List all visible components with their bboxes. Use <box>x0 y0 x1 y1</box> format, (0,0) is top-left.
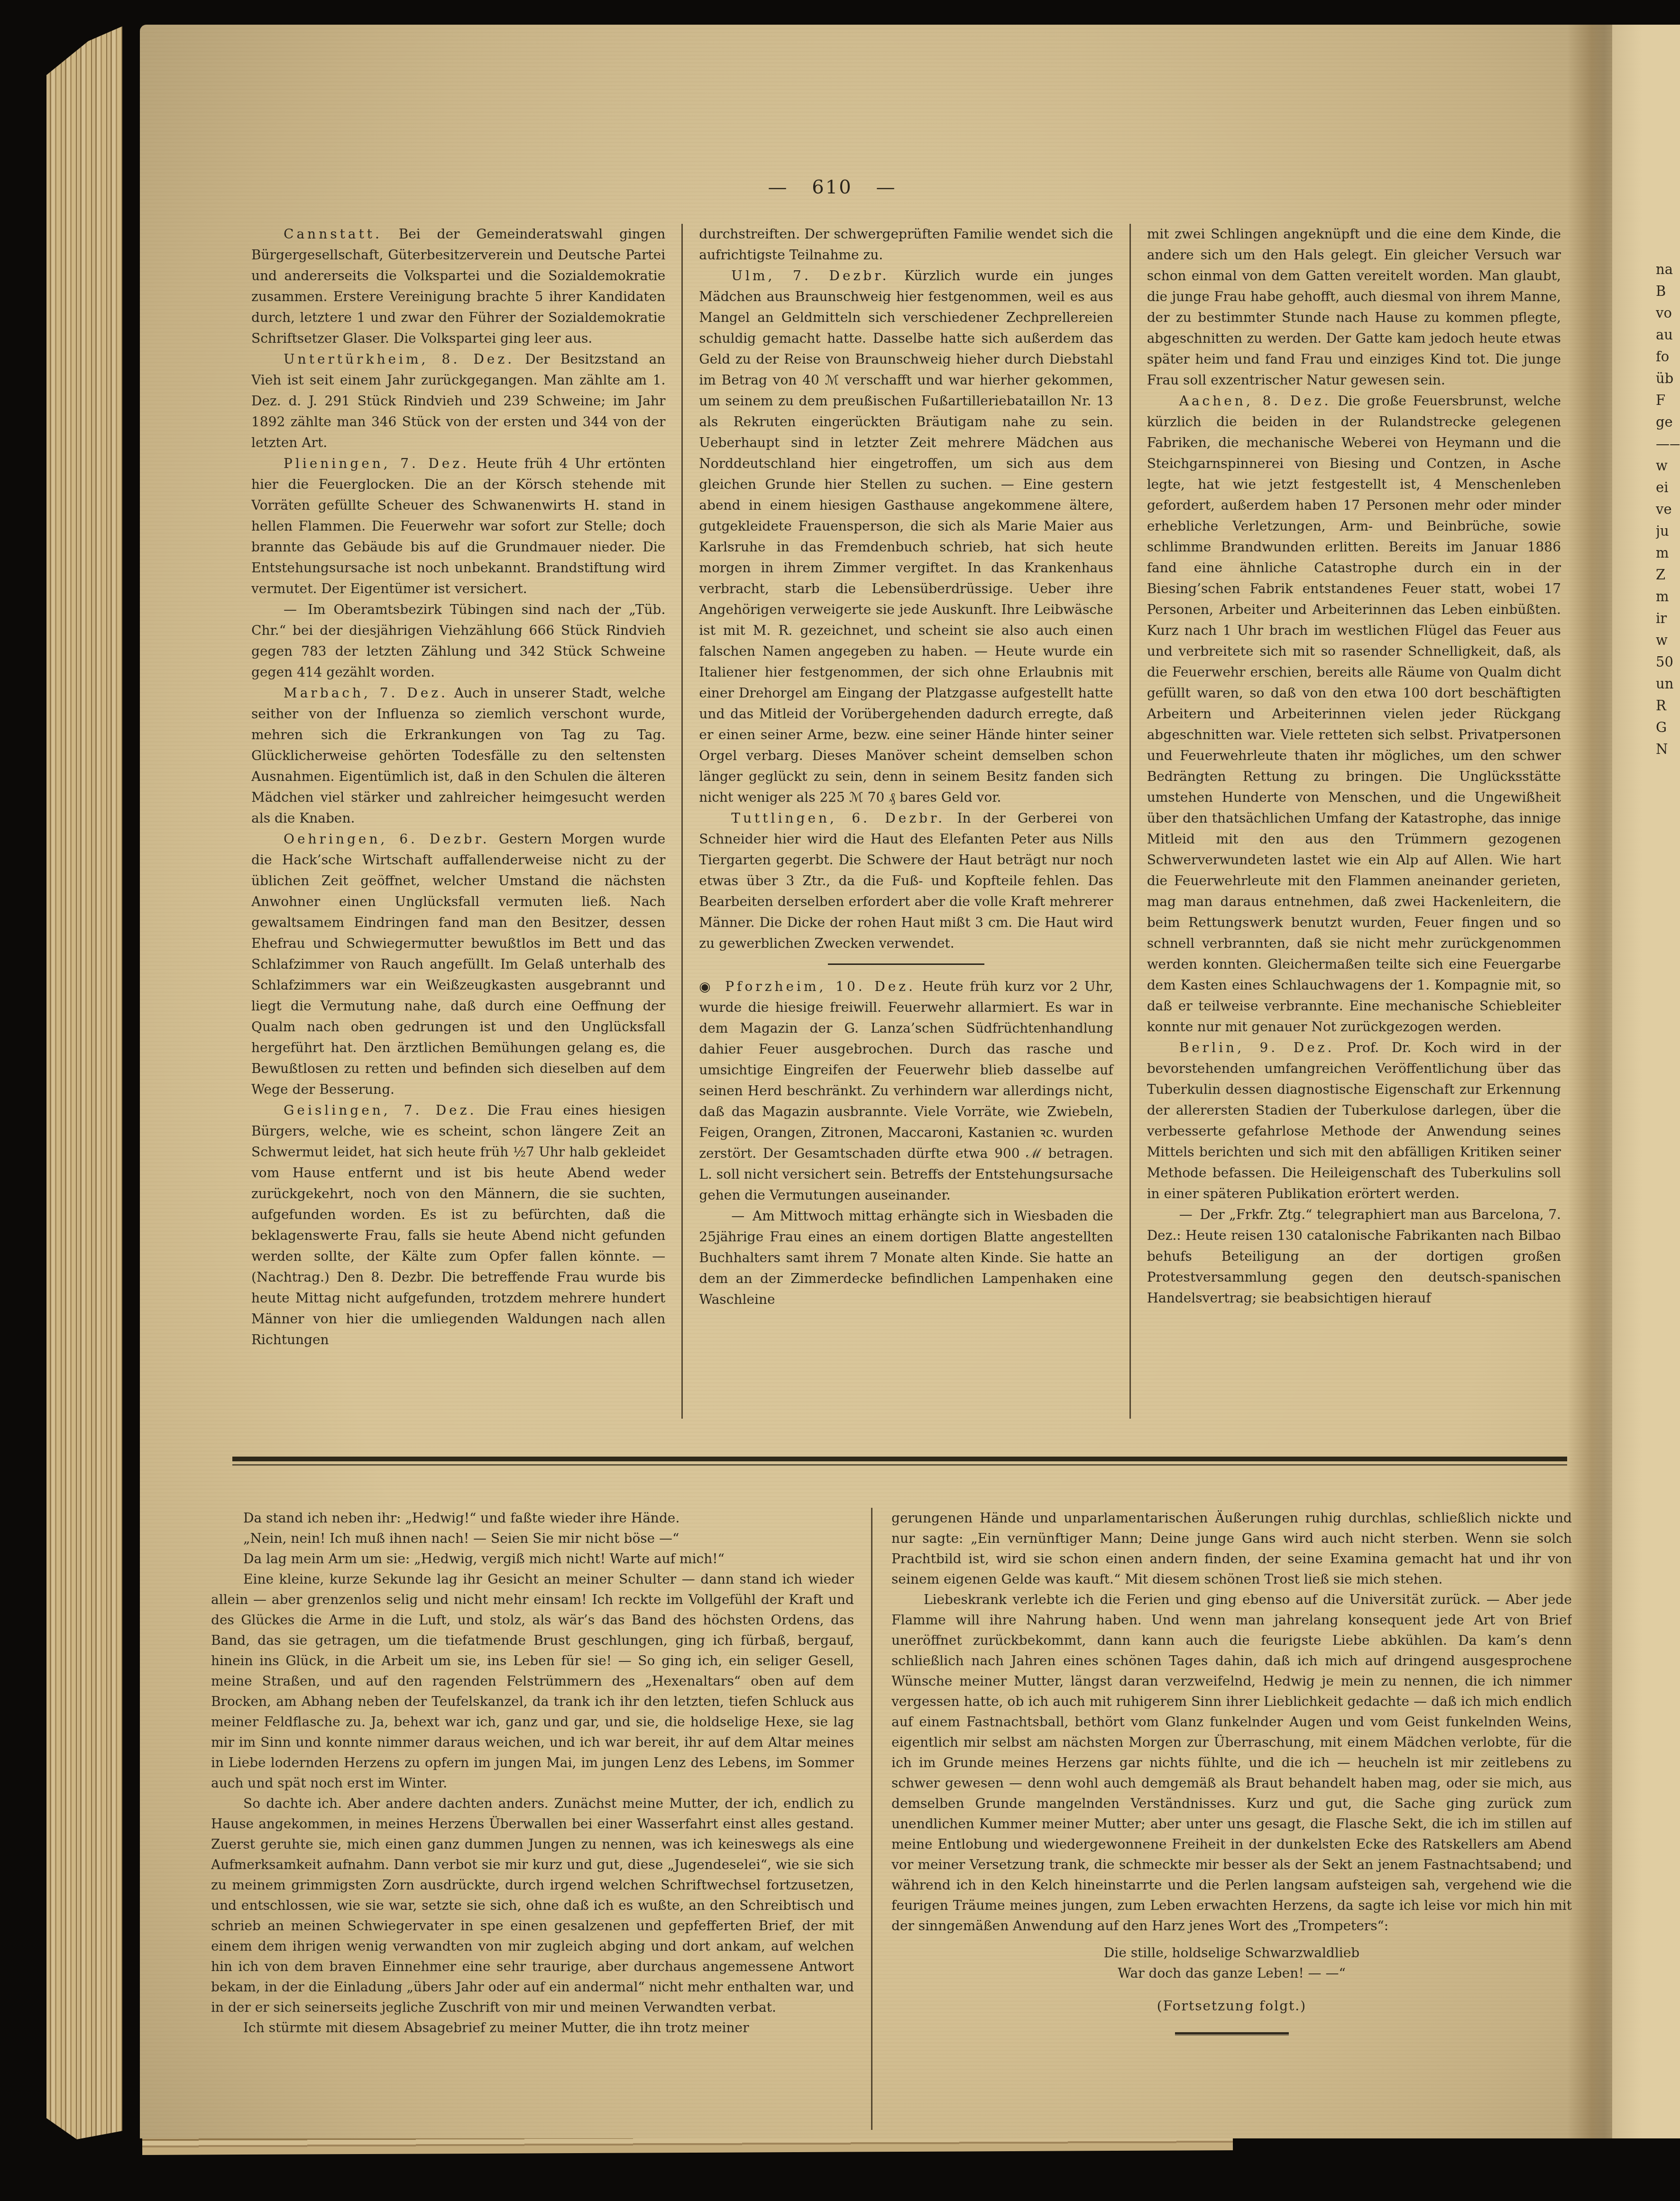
next-page-text-fragment: R <box>1656 695 1680 716</box>
paragraph-text: Prof. Dr. Koch wird in der bevorstehende… <box>1147 1040 1561 1201</box>
news-paragraph: Untertürkheim, 8. Dez.Der Besitzstand an… <box>251 349 665 453</box>
feuilleton-paragraph: Liebeskrank verlebte ich die Ferien und … <box>891 1589 1572 1936</box>
paragraph-lead: — <box>1179 1207 1200 1222</box>
paragraph-lead: — <box>284 602 308 617</box>
next-page-text-fragment: au <box>1656 324 1680 346</box>
continuation-notice: (Fortsetzung folgt.) <box>891 1996 1572 2016</box>
news-paragraph: Plieningen, 7. Dez.Heute früh 4 Uhr ertö… <box>251 453 665 599</box>
paragraph-text: gerungenen Hände und unparlamentarischen… <box>891 1510 1572 1587</box>
paragraph-text: Da lag mein Arm um sie: „Hedwig, vergiß … <box>243 1551 725 1567</box>
next-page-text-fragment: üb <box>1656 367 1680 389</box>
news-paragraph: Tuttlingen, 6. Dezbr.In der Gerberei von… <box>699 808 1113 954</box>
separator-thick-line <box>232 1457 1567 1461</box>
next-page-text-fragment: ge <box>1656 411 1680 433</box>
page-number: — 610 — <box>699 176 965 198</box>
feuilleton-paragraph: Da stand ich neben ihr: „Hedwig!“ und fa… <box>211 1508 854 1528</box>
paragraph-text: So dachte ich. Aber andere dachten ander… <box>211 1796 854 2015</box>
next-page-text-fragment: m <box>1656 542 1680 564</box>
paragraph-lead: Tuttlingen, 6. Dezbr. <box>731 810 957 826</box>
end-rule <box>1175 2032 1289 2034</box>
separator-thin-line <box>232 1464 1567 1466</box>
next-page-text-fragment: un <box>1656 673 1680 695</box>
news-column-2: durchstreiften. Der schwergeprüften Fami… <box>683 224 1129 1419</box>
next-page-text-fragment: B <box>1656 280 1680 302</box>
next-page-text-fragment: 50 <box>1656 651 1680 673</box>
paragraph-lead: Geislingen, 7. Dez. <box>284 1102 487 1118</box>
paragraph-lead: Marbach, 7. Dez. <box>284 685 454 701</box>
paragraph-lead: Cannstatt. <box>284 226 399 242</box>
next-page-text-fragment: ei <box>1656 477 1680 498</box>
next-page-text-fragment: na <box>1656 258 1680 280</box>
feuilleton-paragraph: So dachte ich. Aber andere dachten ander… <box>211 1793 854 2018</box>
next-page-text-fragment: —— <box>1656 433 1680 455</box>
news-paragraph: Berlin, 9. Dez.Prof. Dr. Koch wird in de… <box>1147 1037 1561 1204</box>
paragraph-text: Die Frau eines hiesigen Bürgers, welche,… <box>251 1102 665 1348</box>
paragraph-text: durchstreiften. Der schwergeprüften Fami… <box>699 226 1113 263</box>
paragraph-text: Auch in unserer Stadt, welche seither vo… <box>251 685 665 826</box>
feuilleton-right-paragraphs: gerungenen Hände und unparlamentarischen… <box>891 1508 1572 1936</box>
next-page-text-fragment: fo <box>1656 346 1680 367</box>
next-page-text-fragment: Z <box>1656 564 1680 586</box>
news-paragraph: Cannstatt.Bei der Gemeinderatswahl ginge… <box>251 224 665 349</box>
paragraph-lead: — <box>731 1208 753 1224</box>
paragraph-text: Liebeskrank verlebte ich die Ferien und … <box>891 1592 1572 1934</box>
verse-line: War doch das ganze Leben! — —“ <box>891 1963 1572 1983</box>
section-separator-rule <box>232 1457 1567 1466</box>
news-paragraph: Geislingen, 7. Dez.Die Frau eines hiesig… <box>251 1100 665 1350</box>
news-paragraph: —Am Mittwoch mittag erhängte sich in Wie… <box>699 1206 1113 1310</box>
next-page-text-fragment: ve <box>1656 498 1680 520</box>
feuilleton-paragraph: Eine kleine, kurze Sekunde lag ihr Gesic… <box>211 1569 854 1793</box>
next-page-text-fragments: naBvoaufoübFge——weivejumZmirw50unRGN <box>1656 258 1680 760</box>
next-page-text-fragment: vo <box>1656 302 1680 324</box>
paragraph-text: Ich stürmte mit diesem Absagebrief zu me… <box>243 2020 749 2036</box>
news-paragraph: mit zwei Schlingen angeknüpft und die ei… <box>1147 224 1561 391</box>
paragraph-lead: Berlin, 9. Dez. <box>1179 1040 1347 1055</box>
paragraph-text: Heute früh kurz vor 2 Uhr, wurde die hie… <box>699 979 1113 1203</box>
news-paragraph: ◉ Pforzheim, 10. Dez.Heute früh kurz vor… <box>699 963 1113 1206</box>
paragraph-text: Im Oberamtsbezirk Tübingen sind nach der… <box>251 602 665 680</box>
paragraph-lead: Oehringen, 6. Dezbr. <box>284 831 499 847</box>
feuilleton-paragraph: „Nein, nein! Ich muß ihnen nach! — Seien… <box>211 1528 854 1549</box>
paragraph-text: Da stand ich neben ihr: „Hedwig!“ und fa… <box>243 1510 679 1526</box>
news-paragraph: —Im Oberamtsbezirk Tübingen sind nach de… <box>251 599 665 683</box>
paragraph-text: Eine kleine, kurze Sekunde lag ihr Gesic… <box>211 1571 854 1791</box>
paragraph-text: Gestern Morgen wurde die Hack’sche Wirts… <box>251 831 665 1097</box>
next-page-text-fragment: ju <box>1656 520 1680 542</box>
next-page-text-fragment: w <box>1656 629 1680 651</box>
news-section: Cannstatt.Bei der Gemeinderatswahl ginge… <box>251 224 1561 1419</box>
paragraph-lead: Ulm, 7. Dezbr. <box>731 268 904 284</box>
news-paragraph: Ulm, 7. Dezbr.Kürzlich wurde ein junges … <box>699 266 1113 808</box>
verse-line: Die stille, holdselige Schwarzwaldlieb <box>891 1943 1572 1963</box>
paragraph-text: Heute früh 4 Uhr ertönten hier die Feuer… <box>251 456 665 596</box>
feuilleton-paragraph: gerungenen Hände und unparlamentarischen… <box>891 1508 1572 1589</box>
news-paragraph: Aachen, 8. Dez.Die große Feuersbrunst, w… <box>1147 391 1561 1037</box>
news-paragraph: —Der „Frkfr. Ztg.“ telegraphiert man aus… <box>1147 1204 1561 1309</box>
paragraph-text: Die große Feuersbrunst, welche kürzlich … <box>1147 393 1561 1035</box>
paragraph-text: Bei der Gemeinderatswahl gingen Bürgerge… <box>251 226 665 346</box>
paragraph-lead: Plieningen, 7. Dez. <box>284 456 476 471</box>
news-column-1: Cannstatt.Bei der Gemeinderatswahl ginge… <box>251 224 681 1419</box>
next-page-text-fragment: m <box>1656 586 1680 607</box>
news-paragraph: Marbach, 7. Dez.Auch in unserer Stadt, w… <box>251 683 665 829</box>
next-page-text-fragment: w <box>1656 455 1680 477</box>
next-page-text-fragment: N <box>1656 738 1680 760</box>
paragraph-text: „Nein, nein! Ich muß ihnen nach! — Seien… <box>243 1531 679 1546</box>
news-column-3: mit zwei Schlingen angeknüpft und die ei… <box>1131 224 1561 1419</box>
paragraph-text: Kürzlich wurde ein junges Mädchen aus Br… <box>699 268 1113 805</box>
feuilleton-paragraph: Da lag mein Arm um sie: „Hedwig, vergiß … <box>211 1549 854 1569</box>
feuilleton-section: Da stand ich neben ihr: „Hedwig!“ und fa… <box>211 1508 1572 2130</box>
paragraph-text: mit zwei Schlingen angeknüpft und die ei… <box>1147 226 1561 388</box>
next-page-text-fragment: F <box>1656 389 1680 411</box>
news-paragraph: Oehringen, 6. Dezbr.Gestern Morgen wurde… <box>251 829 665 1100</box>
feuilleton-paragraph: Ich stürmte mit diesem Absagebrief zu me… <box>211 2018 854 2038</box>
feuilleton-left-column: Da stand ich neben ihr: „Hedwig!“ und fa… <box>211 1508 871 2130</box>
book-photo-background: — 610 — Cannstatt.Bei der Gemeinderatswa… <box>0 0 1680 2201</box>
paragraph-lead: Aachen, 8. Dez. <box>1179 393 1338 409</box>
news-paragraph: durchstreiften. Der schwergeprüften Fami… <box>699 224 1113 266</box>
paragraph-lead: Untertürkheim, 8. Dez. <box>284 351 525 367</box>
next-page-text-fragment: G <box>1656 716 1680 738</box>
next-page-text-fragment: ir <box>1656 607 1680 629</box>
paragraph-text: Am Mittwoch mittag erhängte sich in Wies… <box>699 1208 1113 1307</box>
paragraph-lead: ◉ Pforzheim, 10. Dez. <box>699 979 922 994</box>
paragraph-text: Der „Frkfr. Ztg.“ telegraphiert man aus … <box>1147 1207 1561 1306</box>
paragraph-text: In der Gerberei von Schneider hier wird … <box>699 810 1113 951</box>
verse-block: Die stille, holdselige SchwarzwaldliebWa… <box>891 1943 1572 1983</box>
newspaper-page: — 610 — Cannstatt.Bei der Gemeinderatswa… <box>140 25 1680 2138</box>
feuilleton-right-column: gerungenen Hände und unparlamentarischen… <box>872 1508 1572 2130</box>
page-edge-stack <box>46 20 122 2139</box>
